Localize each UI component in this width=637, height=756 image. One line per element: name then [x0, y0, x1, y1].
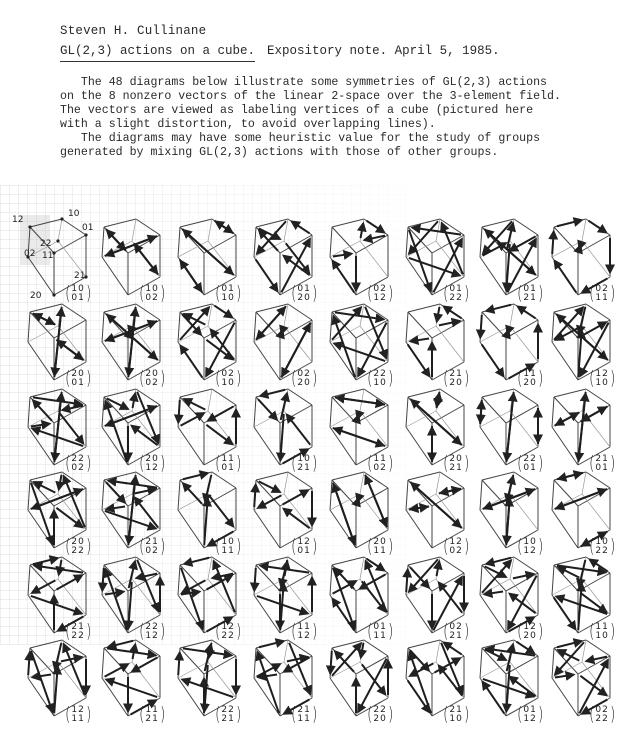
- cube-diagram: (2021): [396, 385, 474, 471]
- cube-diagram: (1120): [470, 300, 548, 386]
- matrix-row-2: 10: [449, 715, 462, 724]
- matrix-row-2: 20: [373, 715, 386, 724]
- cube-diagram: (2210): [320, 300, 398, 386]
- cube-diagram: (2202): [18, 385, 96, 471]
- cube-diagram: (2012): [92, 385, 170, 471]
- cube-diagram: (2101): [542, 385, 620, 471]
- cube-diagram: (0112): [470, 636, 548, 722]
- cube-diagram: (2110): [396, 636, 474, 722]
- cube-diagram: (0121): [470, 215, 548, 301]
- vertex-label: 10: [68, 209, 79, 219]
- vertex-label: 02: [24, 249, 35, 259]
- matrix-label: (2220): [366, 706, 394, 723]
- diagram-grid: 1210012211022120(1001)(1002)(0110)(0120)…: [0, 0, 637, 756]
- cube-diagram: (1121): [92, 636, 170, 722]
- cube-diagram: (1021): [244, 385, 322, 471]
- cube-diagram: (2011): [320, 468, 398, 554]
- vertex-label: 21: [74, 271, 85, 281]
- cube-diagram: (0111): [320, 553, 398, 639]
- matrix-row-2: 12: [523, 715, 536, 724]
- cube-diagram: (1022): [542, 468, 620, 554]
- cube-diagram: (1011): [168, 468, 246, 554]
- cube-diagram: (1211): [18, 636, 96, 722]
- cube-diagram: (1002): [92, 215, 170, 301]
- matrix-label: (1121): [138, 706, 166, 723]
- cube-diagram: (1112): [244, 553, 322, 639]
- matrix-row-2: 21: [221, 715, 234, 724]
- cube-diagram: (1210): [542, 300, 620, 386]
- matrix-label: (2110): [442, 706, 470, 723]
- cube-diagram: (0110): [168, 215, 246, 301]
- cube-diagram: (1220): [470, 553, 548, 639]
- cube-diagram: (2111): [244, 636, 322, 722]
- cube-diagram: (2001): [18, 300, 96, 386]
- matrix-label: (2221): [214, 706, 242, 723]
- matrix-label: (2111): [290, 706, 318, 723]
- cube-diagram: (2002): [92, 300, 170, 386]
- vertex-label: 11: [42, 251, 53, 261]
- vertex-label: 12: [12, 215, 23, 225]
- cube-diagram: (0122): [396, 215, 474, 301]
- matrix-label: (0112): [516, 706, 544, 723]
- cube-diagram: (2221): [168, 636, 246, 722]
- cube-diagram: (0211): [542, 215, 620, 301]
- cube-diagram: (0212): [320, 215, 398, 301]
- cube-diagram: (2122): [18, 553, 96, 639]
- cube-diagram: (0220): [244, 300, 322, 386]
- cube-diagram: (2022): [18, 468, 96, 554]
- cube-diagram: (1101): [168, 385, 246, 471]
- cube-diagram: (1222): [168, 553, 246, 639]
- cube-diagram: (2220): [320, 636, 398, 722]
- vertex-label: 22: [40, 239, 51, 249]
- cube-diagram: (2201): [470, 385, 548, 471]
- cube-diagram: (2212): [92, 553, 170, 639]
- cube-diagram: (2102): [92, 468, 170, 554]
- cube-diagram: (0222): [542, 636, 620, 722]
- matrix-label: (0222): [588, 706, 616, 723]
- matrix-row-2: 21: [145, 715, 158, 724]
- matrix-row-2: 11: [71, 715, 84, 724]
- matrix-row-2: 11: [297, 715, 310, 724]
- cube-diagram: (2120): [396, 300, 474, 386]
- cube-diagram: (0210): [168, 300, 246, 386]
- cube-diagram: 1210012211022120(1001): [18, 215, 96, 301]
- cube-diagram: (1110): [542, 553, 620, 639]
- cube-diagram: (1102): [320, 385, 398, 471]
- cube-diagram: (1201): [244, 468, 322, 554]
- cube-diagram: (0221): [396, 553, 474, 639]
- cube-diagram: (0120): [244, 215, 322, 301]
- cube-diagram: (1202): [396, 468, 474, 554]
- cube-diagram: (1012): [470, 468, 548, 554]
- matrix-label: (1211): [64, 706, 92, 723]
- matrix-row-2: 22: [595, 715, 608, 724]
